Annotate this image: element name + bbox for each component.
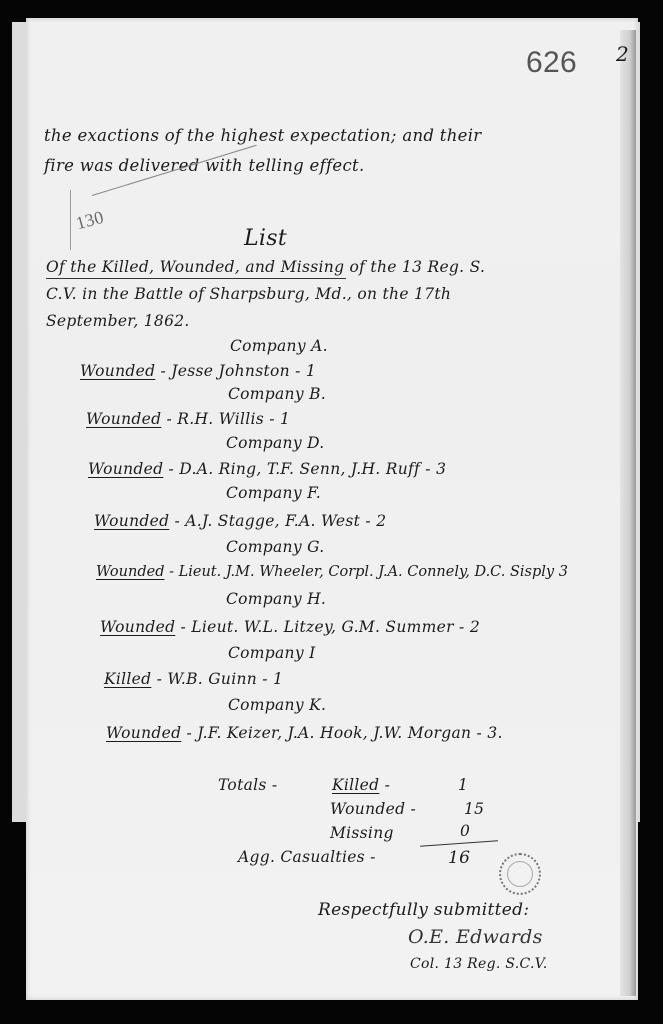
casualty-row: Wounded - Jesse Johnston - 1 bbox=[80, 362, 316, 380]
archive-number: 626 bbox=[526, 46, 577, 80]
closing-line: Respectfully submitted: bbox=[318, 900, 529, 920]
intro-line-2: fire was delivered with telling effect. bbox=[44, 156, 365, 175]
casualty-count: 3 bbox=[436, 460, 446, 478]
aggregate-label: Agg. Casualties - bbox=[238, 848, 376, 866]
totals-missing-label: Missing bbox=[330, 824, 394, 842]
casualty-count: 3 bbox=[559, 564, 568, 580]
casualty-names: R.H. Willis bbox=[177, 410, 264, 428]
casualty-row: Wounded - Lieut. W.L. Litzey, G.M. Summe… bbox=[100, 618, 480, 636]
company-heading: Company B. bbox=[228, 385, 326, 403]
aggregate-value: 16 bbox=[448, 848, 470, 868]
casualty-names: Jesse Johnston bbox=[171, 362, 290, 380]
page-edge-shadow bbox=[620, 30, 636, 996]
casualty-count: 3. bbox=[487, 724, 502, 742]
casualty-names: J.F. Keizer, J.A. Hook, J.W. Morgan bbox=[197, 724, 471, 742]
company-heading: Company A. bbox=[230, 337, 328, 355]
casualty-count: 1 bbox=[273, 670, 283, 688]
casualty-row: Wounded - A.J. Stagge, F.A. West - 2 bbox=[94, 512, 386, 530]
casualty-names: W.B. Guinn bbox=[167, 670, 257, 688]
casualty-names: Lieut. W.L. Litzey, G.M. Summer bbox=[191, 618, 454, 636]
casualty-count: 2 bbox=[376, 512, 386, 530]
casualty-names: Lieut. J.M. Wheeler, Corpl. J.A. Connely… bbox=[179, 564, 555, 580]
company-heading: Company K. bbox=[228, 696, 326, 714]
list-heading: List bbox=[244, 226, 287, 251]
status-label: Wounded bbox=[96, 564, 164, 580]
casualty-row: Killed - W.B. Guinn - 1 bbox=[104, 670, 283, 688]
totals-wounded-label: Wounded - bbox=[330, 800, 416, 818]
page-number: 2 bbox=[616, 42, 629, 66]
signature-title: Col. 13 Reg. S.C.V. bbox=[410, 956, 548, 972]
title-line-2: C.V. in the Battle of Sharpsburg, Md., o… bbox=[46, 285, 451, 303]
company-heading: Company H. bbox=[226, 590, 326, 608]
casualty-row: Wounded - R.H. Willis - 1 bbox=[86, 410, 290, 428]
casualty-count: 1 bbox=[280, 410, 290, 428]
casualty-row: Wounded - Lieut. J.M. Wheeler, Corpl. J.… bbox=[96, 564, 568, 580]
totals-wounded-value: 15 bbox=[464, 800, 484, 818]
title-line-3: September, 1862. bbox=[46, 312, 190, 330]
pencil-margin-line bbox=[70, 190, 71, 250]
status-label: Wounded bbox=[106, 724, 181, 742]
company-heading: Company F. bbox=[226, 484, 321, 502]
status-label: Killed bbox=[104, 670, 151, 688]
title-underline bbox=[46, 278, 346, 279]
signature: O.E. Edwards bbox=[408, 926, 543, 948]
archive-stamp-icon bbox=[499, 853, 541, 895]
status-label: Wounded bbox=[88, 460, 163, 478]
status-label: Wounded bbox=[100, 618, 175, 636]
casualty-count: 1 bbox=[306, 362, 316, 380]
casualty-names: A.J. Stagge, F.A. West bbox=[185, 512, 360, 530]
title-line-1: Of the Killed, Wounded, and Missing of t… bbox=[46, 258, 485, 276]
casualty-count: 2 bbox=[470, 618, 480, 636]
intro-line-1: the exactions of the highest expectation… bbox=[44, 126, 481, 145]
status-label: Wounded bbox=[86, 410, 161, 428]
totals-killed-value: 1 bbox=[458, 776, 468, 794]
totals-missing-value: 0 bbox=[460, 822, 470, 840]
status-label: Wounded bbox=[80, 362, 155, 380]
company-heading: Company D. bbox=[226, 434, 325, 452]
casualty-row: Wounded - D.A. Ring, T.F. Senn, J.H. Ruf… bbox=[88, 460, 446, 478]
totals-label: Totals - bbox=[218, 776, 277, 794]
casualty-row: Wounded - J.F. Keizer, J.A. Hook, J.W. M… bbox=[106, 724, 503, 742]
company-heading: Company G. bbox=[226, 538, 324, 556]
company-heading: Company I bbox=[228, 644, 316, 662]
status-label: Wounded bbox=[94, 512, 169, 530]
casualty-names: D.A. Ring, T.F. Senn, J.H. Ruff bbox=[179, 460, 420, 478]
totals-killed-label: Killed - bbox=[332, 776, 390, 794]
